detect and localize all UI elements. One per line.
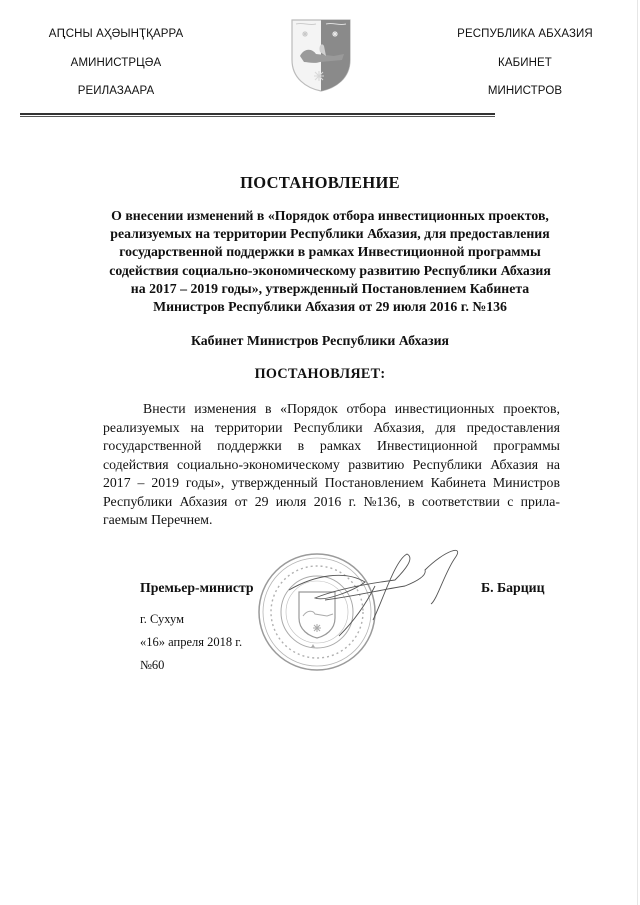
header-left-line2: АМИНИСТРЦӘА <box>26 56 206 70</box>
body-word: территории <box>215 419 283 438</box>
body-word: в <box>298 437 305 456</box>
subject-line: О внесении изменений в «Порядок отбора и… <box>100 207 560 225</box>
body-line: Внестиизмененияв«Порядокотбораинвестицио… <box>103 400 560 419</box>
body-word: Абхазия <box>490 456 538 475</box>
body-word: содействия <box>103 456 169 475</box>
body-word: Внести <box>143 400 186 419</box>
header-divider-thin <box>20 116 495 117</box>
body-word: инвестиционных <box>395 400 495 419</box>
subject-line: на 2017 – 2019 годы», утвержденный Поста… <box>100 280 560 298</box>
header-divider-thick <box>20 113 495 115</box>
subject-line: Министров Республики Абхазия от 29 июля … <box>100 298 560 316</box>
subject-line: государственной поддержки в рамках Инвес… <box>100 243 560 261</box>
body-word: изменения <box>194 400 256 419</box>
official-seal-icon <box>255 540 475 680</box>
body-word: 2019 <box>151 474 179 493</box>
body-word: прила- <box>521 493 560 512</box>
body-word: соответствии <box>422 493 500 512</box>
body-word: программы <box>493 437 560 456</box>
header-right-line3: МИНИСТРОВ <box>425 84 625 98</box>
body-word: «Порядок <box>280 400 338 419</box>
body-word: проектов, <box>503 400 560 419</box>
body-word: государственной <box>103 437 201 456</box>
body-line: государственнойподдержкиврамкахИнвестици… <box>103 437 560 456</box>
signatory-name: Б. Барциц <box>481 580 545 596</box>
body-line: реализуемыхнатерриторииРеспубликиАбхазия… <box>103 419 560 438</box>
body-word: г. <box>349 493 357 512</box>
body-word: Инвестиционной <box>377 437 478 456</box>
body-word: 29 <box>255 493 269 512</box>
document-page: АԤСНЫ АҲӘЫНҬҚАРРА АМИНИСТРЦӘА РЕИЛАЗААРА… <box>0 0 640 905</box>
document-number: №60 <box>140 658 164 673</box>
body-word: Абхазия, <box>373 419 424 438</box>
subject-line: содействия социально-экономическому разв… <box>100 262 560 280</box>
header-right-line2: КАБИНЕТ <box>425 56 625 70</box>
signatory-position: Премьер-министр <box>140 580 254 596</box>
body-word: развитию <box>348 456 404 475</box>
body-word: отбора <box>346 400 386 419</box>
body-word: №136, <box>363 493 400 512</box>
issuer-heading: Кабинет Министров Республики Абхазия <box>0 333 640 349</box>
body-word: годы», <box>186 474 224 493</box>
document-title: ПОСТАНОВЛЕНИЕ <box>0 173 640 193</box>
body-word: 2017 <box>103 474 131 493</box>
body-word: Республики <box>413 456 482 475</box>
body-line: содействиясоциально-экономическомуразвит… <box>103 456 560 475</box>
body-word: Кабинета <box>431 474 486 493</box>
decree-heading: ПОСТАНОВЛЯЕТ: <box>0 366 640 383</box>
page-edge <box>637 0 638 905</box>
body-word: от <box>235 493 248 512</box>
header-right-line1: РЕСПУБЛИКА АБХАЗИЯ <box>425 27 625 41</box>
body-word: для <box>435 419 455 438</box>
body-line: гаемым Перечнем. <box>103 511 560 530</box>
body-word: гаемым Перечнем. <box>103 511 212 530</box>
subject-line: реализуемых на территории Республики Абх… <box>100 225 560 243</box>
body-word: 2016 <box>314 493 342 512</box>
body-word: Абхазия <box>180 493 228 512</box>
body-word: реализуемых <box>103 419 180 438</box>
document-subject: О внесении изменений в «Порядок отбора и… <box>100 207 560 316</box>
body-line: РеспубликиАбхазияот29июля2016г.№136,всоо… <box>103 493 560 512</box>
body-word: в <box>408 493 415 512</box>
body-word: июля <box>276 493 307 512</box>
body-word: Республики <box>293 419 362 438</box>
body-paragraph: Внестиизмененияв«Порядокотбораинвестицио… <box>103 400 560 530</box>
body-word: поддержки <box>217 437 282 456</box>
body-word: с <box>507 493 513 512</box>
header-left-line3: РЕИЛАЗААРА <box>26 84 206 98</box>
coat-of-arms-icon <box>290 18 352 92</box>
body-word: социально-экономическому <box>177 456 340 475</box>
body-word: – <box>138 474 145 493</box>
body-word: Постановлением <box>325 474 424 493</box>
header-left-line1: АԤСНЫ АҲӘЫНҬҚАРРА <box>26 27 206 41</box>
body-word: рамках <box>320 437 361 456</box>
body-line: 2017–2019годы»,утвержденныйПостановление… <box>103 474 560 493</box>
body-word: на <box>546 456 560 475</box>
document-city: г. Сухум <box>140 612 184 627</box>
body-word: на <box>190 419 204 438</box>
body-word: Министров <box>493 474 560 493</box>
body-word: Республики <box>103 493 172 512</box>
document-date: «16» апреля 2018 г. <box>140 635 242 650</box>
body-word: утвержденный <box>231 474 317 493</box>
body-word: в <box>265 400 272 419</box>
body-word: предоставления <box>467 419 560 438</box>
